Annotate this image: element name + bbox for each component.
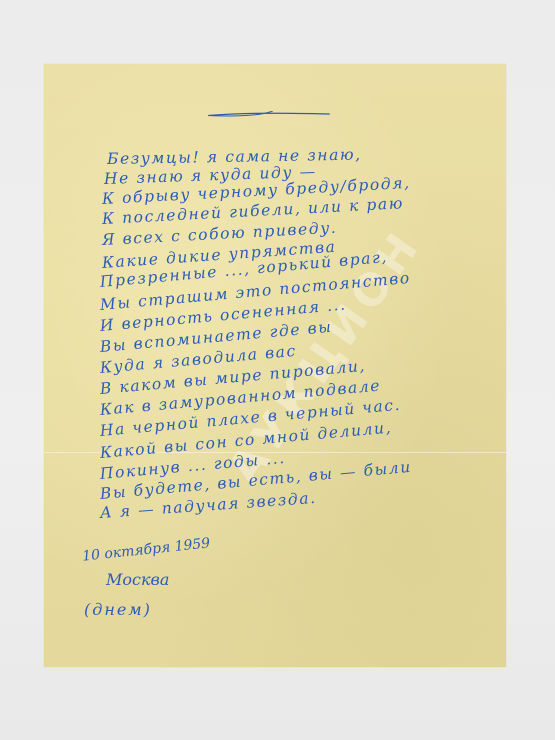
heading-flourish xyxy=(186,111,352,117)
manuscript-paper: АУКЦИОН Безумцы! я сама не знаю, Не знаю… xyxy=(44,64,506,667)
signature-place: Москва xyxy=(106,570,169,589)
signature-date: 10 октября 1959 xyxy=(82,535,211,564)
signature-note: (днем) xyxy=(84,600,152,619)
